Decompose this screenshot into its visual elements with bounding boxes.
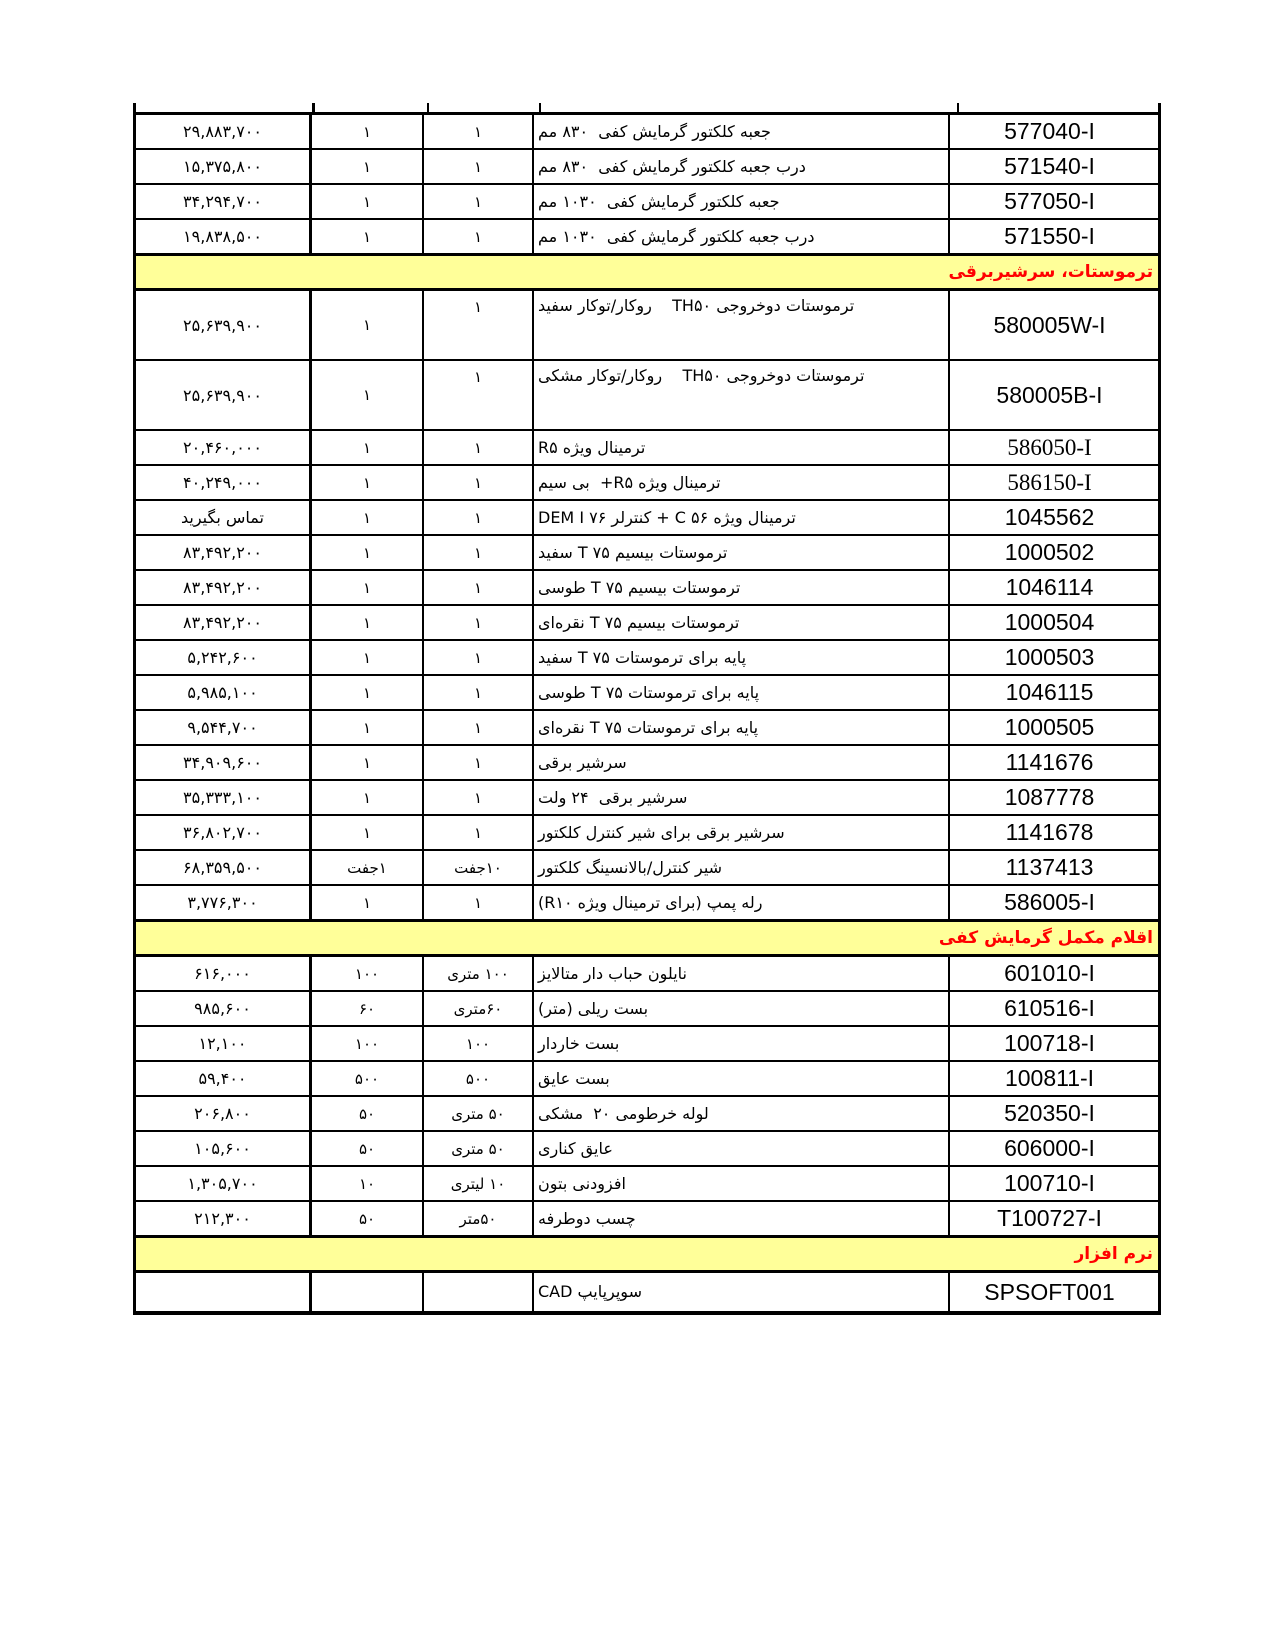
section-header-row: نرم افزار — [136, 1237, 1158, 1273]
pack-qty-cell: ۱ — [312, 431, 424, 464]
pack-qty-cell: ۱ — [312, 291, 424, 359]
description-cell: درب جعبه کلکتور گرمایش کفی ۱۰۳۰ مم — [534, 220, 950, 253]
description-cell: ترمینال ویژه R۵ — [534, 431, 950, 464]
product-code-cell: 1046115 — [950, 676, 1149, 709]
pack-qty-cell: ۶۰ — [312, 992, 424, 1025]
product-code-cell: 1000502 — [950, 536, 1149, 569]
pack-qty-cell: ۱ — [312, 746, 424, 779]
pack-qty-cell: ۱۰۰ — [312, 957, 424, 990]
unit-qty-cell: ۱ — [424, 886, 534, 919]
product-code-cell: 1141678 — [950, 816, 1149, 849]
grid-line-stub — [957, 103, 959, 112]
price-cell: تماس بگیرید — [136, 501, 312, 534]
section-header-row: ترموستات، سرشیربرقی — [136, 255, 1158, 291]
unit-qty-cell: ۱ — [424, 816, 534, 849]
table-row: ۲۹,۸۸۳,۷۰۰۱۱جعبه کلکتور گرمایش کفی ۸۳۰ م… — [136, 115, 1158, 150]
pack-qty-cell: ۱ — [312, 711, 424, 744]
price-cell: ۹۸۵,۶۰۰ — [136, 992, 312, 1025]
pack-qty-cell: ۱ — [312, 466, 424, 499]
page: ۲۹,۸۸۳,۷۰۰۱۱جعبه کلکتور گرمایش کفی ۸۳۰ م… — [0, 0, 1275, 1650]
unit-qty-cell: ۱۰۰ متری — [424, 957, 534, 990]
table-row: ۸۳,۴۹۲,۲۰۰۱۱ترموستات بیسیم T ۷۵ سفید1000… — [136, 536, 1158, 571]
price-cell: ۱,۳۰۵,۷۰۰ — [136, 1167, 312, 1200]
grid-line-stub — [1158, 103, 1161, 112]
table-row: ۶۸,۳۵۹,۵۰۰۱جفت۱۰جفتشیر کنترل/بالانسینگ ک… — [136, 851, 1158, 886]
product-code-cell: 100710-I — [950, 1167, 1149, 1200]
pack-qty-cell: ۱ — [312, 501, 424, 534]
table-row: ۲۰۶,۸۰۰۵۰۵۰ متریلوله خرطومی ۲۰ مشکی52035… — [136, 1097, 1158, 1132]
price-cell: ۳۴,۲۹۴,۷۰۰ — [136, 185, 312, 218]
description-cell: ترموستات بیسیم T ۷۵ سفید — [534, 536, 950, 569]
description-cell: جعبه کلکتور گرمایش کفی ۸۳۰ مم — [534, 115, 950, 148]
price-cell: ۲۱۲,۳۰۰ — [136, 1202, 312, 1235]
pack-qty-cell: ۱ — [312, 185, 424, 218]
table-row: ۱,۳۰۵,۷۰۰۱۰۱۰ لیتریافزودنی بتون100710-I — [136, 1167, 1158, 1202]
product-code-cell: 1137413 — [950, 851, 1149, 884]
unit-qty-cell: ۱ — [424, 361, 534, 429]
product-code-cell: 580005W-I — [950, 291, 1149, 359]
table-row: ۵۹,۴۰۰۵۰۰۵۰۰بست عایق100811-I — [136, 1062, 1158, 1097]
price-cell: ۸۳,۴۹۲,۲۰۰ — [136, 606, 312, 639]
pack-qty-cell: ۱ — [312, 886, 424, 919]
unit-qty-cell: ۵۰۰ — [424, 1062, 534, 1095]
description-cell: ترموستات دوخروجی TH۵۰ روکار/توکار سفید — [534, 291, 950, 359]
product-code-cell: T100727-I — [950, 1202, 1149, 1235]
price-cell: ۱۲,۱۰۰ — [136, 1027, 312, 1060]
price-cell: ۹,۵۴۴,۷۰۰ — [136, 711, 312, 744]
description-cell: بست ریلی (متر) — [534, 992, 950, 1025]
unit-qty-cell: ۱ — [424, 466, 534, 499]
table-row: ۳۶,۸۰۲,۷۰۰۱۱سرشیر برقی برای شیر کنترل کل… — [136, 816, 1158, 851]
pack-qty-cell: ۱۰۰ — [312, 1027, 424, 1060]
product-code-cell: 1141676 — [950, 746, 1149, 779]
table-row: ۲۵,۶۳۹,۹۰۰۱۱ترموستات دوخروجی TH۵۰ روکار/… — [136, 361, 1158, 431]
description-cell: پایه برای ترموستات T ۷۵ سفید — [534, 641, 950, 674]
product-code-cell: 1045562 — [950, 501, 1149, 534]
table-row: ۳۴,۹۰۹,۶۰۰۱۱سرشیر برقی1141676 — [136, 746, 1158, 781]
grid-line-stub — [539, 103, 541, 112]
unit-qty-cell — [424, 1273, 534, 1311]
pack-qty-cell: ۱جفت — [312, 851, 424, 884]
table-row: ۹,۵۴۴,۷۰۰۱۱پایه برای ترموستات T ۷۵ نقره‌… — [136, 711, 1158, 746]
product-code-cell: 580005B-I — [950, 361, 1149, 429]
unit-qty-cell: ۱ — [424, 431, 534, 464]
price-cell: ۱۹,۸۳۸,۵۰۰ — [136, 220, 312, 253]
product-code-cell: 606000-I — [950, 1132, 1149, 1165]
price-cell — [136, 1273, 312, 1311]
table-row: تماس بگیرید۱۱ترمینال ویژه C ۵۶ + کنترلر … — [136, 501, 1158, 536]
table-row: ۶۱۶,۰۰۰۱۰۰۱۰۰ مترینایلون حباب دار متالای… — [136, 957, 1158, 992]
description-cell: سرشیر برقی ۲۴ ولت — [534, 781, 950, 814]
description-cell: سوپرپایپ CAD — [534, 1273, 950, 1311]
description-cell: پایه برای ترموستات T ۷۵ نقره‌ای — [534, 711, 950, 744]
unit-qty-cell: ۱۰جفت — [424, 851, 534, 884]
previous-page-row-stubs — [133, 103, 1161, 112]
unit-qty-cell: ۱ — [424, 536, 534, 569]
unit-qty-cell: ۱ — [424, 781, 534, 814]
unit-qty-cell: ۱ — [424, 711, 534, 744]
description-cell: بست خاردار — [534, 1027, 950, 1060]
pack-qty-cell: ۱ — [312, 536, 424, 569]
pack-qty-cell: ۵۰ — [312, 1202, 424, 1235]
price-cell: ۲۵,۶۳۹,۹۰۰ — [136, 361, 312, 429]
description-cell: پایه برای ترموستات T ۷۵ طوسی — [534, 676, 950, 709]
table-row: ۸۳,۴۹۲,۲۰۰۱۱ترموستات بیسیم T ۷۵ طوسی1046… — [136, 571, 1158, 606]
description-cell: لوله خرطومی ۲۰ مشکی — [534, 1097, 950, 1130]
unit-qty-cell: ۱ — [424, 606, 534, 639]
table-row: ۵,۹۸۵,۱۰۰۱۱پایه برای ترموستات T ۷۵ طوسی1… — [136, 676, 1158, 711]
unit-qty-cell: ۱ — [424, 185, 534, 218]
pack-qty-cell: ۵۰ — [312, 1132, 424, 1165]
price-cell: ۲۵,۶۳۹,۹۰۰ — [136, 291, 312, 359]
section-title: اقلام مکمل گرمایش کفی — [136, 928, 1158, 948]
product-code-cell: 601010-I — [950, 957, 1149, 990]
price-cell: ۵,۹۸۵,۱۰۰ — [136, 676, 312, 709]
unit-qty-cell: ۱ — [424, 150, 534, 183]
table-row: ۱۵,۳۷۵,۸۰۰۱۱درب جعبه کلکتور گرمایش کفی ۸… — [136, 150, 1158, 185]
description-cell: ترمینال ویژه C ۵۶ + کنترلر DEM I ۷۶ — [534, 501, 950, 534]
table-row: ۳,۷۷۶,۳۰۰۱۱رله پمپ (برای ترمینال ویژه R۱… — [136, 886, 1158, 921]
unit-qty-cell: ۱ — [424, 676, 534, 709]
price-cell: ۱۰۵,۶۰۰ — [136, 1132, 312, 1165]
product-code-cell: 577050-I — [950, 185, 1149, 218]
description-cell: جعبه کلکتور گرمایش کفی ۱۰۳۰ مم — [534, 185, 950, 218]
description-cell: چسب دوطرفه — [534, 1202, 950, 1235]
price-cell: ۶۱۶,۰۰۰ — [136, 957, 312, 990]
pack-qty-cell: ۱ — [312, 781, 424, 814]
price-cell: ۴۰,۲۴۹,۰۰۰ — [136, 466, 312, 499]
table-row: ۲۰,۴۶۰,۰۰۰۱۱ترمینال ویژه R۵586050-I — [136, 431, 1158, 466]
table-row: ۲۵,۶۳۹,۹۰۰۱۱ترموستات دوخروجی TH۵۰ روکار/… — [136, 291, 1158, 361]
grid-line-stub — [427, 103, 429, 112]
table-row: ۳۵,۳۳۳,۱۰۰۱۱سرشیر برقی ۲۴ ولت1087778 — [136, 781, 1158, 816]
table-row: ۳۴,۲۹۴,۷۰۰۱۱جعبه کلکتور گرمایش کفی ۱۰۳۰ … — [136, 185, 1158, 220]
price-cell: ۲۹,۸۸۳,۷۰۰ — [136, 115, 312, 148]
product-code-cell: 100718-I — [950, 1027, 1149, 1060]
pack-qty-cell: ۱ — [312, 816, 424, 849]
pack-qty-cell: ۱ — [312, 150, 424, 183]
pack-qty-cell: ۱ — [312, 571, 424, 604]
description-cell: افزودنی بتون — [534, 1167, 950, 1200]
product-code-cell: 586005-I — [950, 886, 1149, 919]
price-cell: ۲۰,۴۶۰,۰۰۰ — [136, 431, 312, 464]
description-cell: درب جعبه کلکتور گرمایش کفی ۸۳۰ مم — [534, 150, 950, 183]
price-cell: ۳۶,۸۰۲,۷۰۰ — [136, 816, 312, 849]
price-list-table: ۲۹,۸۸۳,۷۰۰۱۱جعبه کلکتور گرمایش کفی ۸۳۰ م… — [133, 112, 1161, 1315]
pack-qty-cell — [312, 1273, 424, 1311]
unit-qty-cell: ۱ — [424, 571, 534, 604]
product-code-cell: SPSOFT001 — [950, 1273, 1149, 1311]
unit-qty-cell: ۱ — [424, 746, 534, 779]
unit-qty-cell: ۱ — [424, 501, 534, 534]
price-cell: ۳۴,۹۰۹,۶۰۰ — [136, 746, 312, 779]
description-cell: ترموستات دوخروجی TH۵۰ روکار/توکار مشکی — [534, 361, 950, 429]
pack-qty-cell: ۵۰۰ — [312, 1062, 424, 1095]
unit-qty-cell: ۱۰ لیتری — [424, 1167, 534, 1200]
pack-qty-cell: ۱ — [312, 115, 424, 148]
pack-qty-cell: ۱ — [312, 641, 424, 674]
description-cell: عایق کناری — [534, 1132, 950, 1165]
section-title: ترموستات، سرشیربرقی — [136, 262, 1158, 282]
pack-qty-cell: ۱ — [312, 606, 424, 639]
product-code-cell: 586050-I — [950, 431, 1149, 464]
section-header-row: اقلام مکمل گرمایش کفی — [136, 921, 1158, 957]
price-cell: ۸۳,۴۹۲,۲۰۰ — [136, 571, 312, 604]
price-cell: ۲۰۶,۸۰۰ — [136, 1097, 312, 1130]
price-cell: ۸۳,۴۹۲,۲۰۰ — [136, 536, 312, 569]
grid-line-stub — [133, 103, 136, 112]
product-code-cell: 610516-I — [950, 992, 1149, 1025]
product-code-cell: 100811-I — [950, 1062, 1149, 1095]
pack-qty-cell: ۱۰ — [312, 1167, 424, 1200]
description-cell: بست عایق — [534, 1062, 950, 1095]
pack-qty-cell: ۱ — [312, 676, 424, 709]
table-row: ۱۲,۱۰۰۱۰۰۱۰۰بست خاردار100718-I — [136, 1027, 1158, 1062]
price-cell: ۵۹,۴۰۰ — [136, 1062, 312, 1095]
table-row: ۴۰,۲۴۹,۰۰۰۱۱ترمینال ویژه ‎+R۵ بی سیم5861… — [136, 466, 1158, 501]
product-code-cell: 1046114 — [950, 571, 1149, 604]
price-cell: ۳,۷۷۶,۳۰۰ — [136, 886, 312, 919]
table-row: ۲۱۲,۳۰۰۵۰۵۰مترچسب دوطرفهT100727-I — [136, 1202, 1158, 1237]
table-row: ۹۸۵,۶۰۰۶۰۶۰متریبست ریلی (متر)610516-I — [136, 992, 1158, 1027]
pack-qty-cell: ۱ — [312, 220, 424, 253]
price-cell: ۶۸,۳۵۹,۵۰۰ — [136, 851, 312, 884]
table-row: ۵,۲۴۲,۶۰۰۱۱پایه برای ترموستات T ۷۵ سفید1… — [136, 641, 1158, 676]
price-cell: ۵,۲۴۲,۶۰۰ — [136, 641, 312, 674]
unit-qty-cell: ۱ — [424, 641, 534, 674]
product-code-cell: 577040-I — [950, 115, 1149, 148]
description-cell: ترموستات بیسیم T ۷۵ طوسی — [534, 571, 950, 604]
unit-qty-cell: ۶۰متری — [424, 992, 534, 1025]
pack-qty-cell: ۵۰ — [312, 1097, 424, 1130]
price-cell: ۱۵,۳۷۵,۸۰۰ — [136, 150, 312, 183]
description-cell: نایلون حباب دار متالایز — [534, 957, 950, 990]
table-row: ۸۳,۴۹۲,۲۰۰۱۱ترموستات بیسیم T ۷۵ نقره‌ای1… — [136, 606, 1158, 641]
table-row: سوپرپایپ CADSPSOFT001 — [136, 1273, 1158, 1311]
product-code-cell: 520350-I — [950, 1097, 1149, 1130]
unit-qty-cell: ۵۰ متری — [424, 1132, 534, 1165]
price-cell: ۳۵,۳۳۳,۱۰۰ — [136, 781, 312, 814]
product-code-cell: 1000505 — [950, 711, 1149, 744]
unit-qty-cell: ۱ — [424, 220, 534, 253]
product-code-cell: 1000503 — [950, 641, 1149, 674]
description-cell: سرشیر برقی برای شیر کنترل کلکتور — [534, 816, 950, 849]
unit-qty-cell: ۵۰متر — [424, 1202, 534, 1235]
unit-qty-cell: ۱۰۰ — [424, 1027, 534, 1060]
section-title: نرم افزار — [136, 1244, 1158, 1264]
product-code-cell: 586150-I — [950, 466, 1149, 499]
description-cell: رله پمپ (برای ترمینال ویژه R۱۰) — [534, 886, 950, 919]
description-cell: ترمینال ویژه ‎+R۵ بی سیم — [534, 466, 950, 499]
product-code-cell: 571540-I — [950, 150, 1149, 183]
unit-qty-cell: ۵۰ متری — [424, 1097, 534, 1130]
grid-line-stub — [312, 103, 315, 112]
unit-qty-cell: ۱ — [424, 115, 534, 148]
product-code-cell: 1087778 — [950, 781, 1149, 814]
table-row: ۱۰۵,۶۰۰۵۰۵۰ متریعایق کناری606000-I — [136, 1132, 1158, 1167]
table-row: ۱۹,۸۳۸,۵۰۰۱۱درب جعبه کلکتور گرمایش کفی ۱… — [136, 220, 1158, 255]
description-cell: ترموستات بیسیم T ۷۵ نقره‌ای — [534, 606, 950, 639]
product-code-cell: 1000504 — [950, 606, 1149, 639]
unit-qty-cell: ۱ — [424, 291, 534, 359]
product-code-cell: 571550-I — [950, 220, 1149, 253]
pack-qty-cell: ۱ — [312, 361, 424, 429]
description-cell: شیر کنترل/بالانسینگ کلکتور — [534, 851, 950, 884]
description-cell: سرشیر برقی — [534, 746, 950, 779]
